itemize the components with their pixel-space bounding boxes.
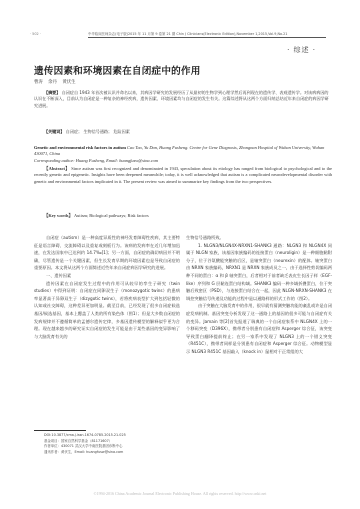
abstract-en-text: Since autism was first recognized and de… [34,166,332,184]
right-column: 生物信号通路所致。 1. NLGN3/NLGN4X-NRXN1-SHANK3 通… [186,234,332,356]
abstract-cn: 【摘要】 自闭症自 1943 年首次被认识并命名以来，其病因学研究的发展经历了从… [34,90,332,109]
section-heading-genetics: 一、遗传因素 [34,272,180,280]
keywords-en: 【Key words】 Autism; Biological pathways;… [34,213,332,219]
authors: 曹涛 余丹 黄伏生 [34,79,76,85]
abstract-cn-text: 自闭症自 1943 年首次被认识并命名以来，其病因学研究的发展经历了从最初的生物… [34,90,329,108]
page-number: · 502 · [30,32,41,36]
keywords-cn-text: 自闭症； 生物信号通路； 危险因素 [66,129,130,134]
keywords-cn-label: 【关键词】 [44,129,64,134]
keywords-en-text: Autism; Biological pathways; Risk factor… [74,213,149,218]
running-head: 中华临床医师杂志(电子版)2015 年 11 月第 9 卷第 21 期 Chin… [88,31,326,38]
english-title: Genetic and environmental risk factors i… [34,145,126,150]
keywords-en-label: 【Key words】 [44,213,73,218]
footnote-corresponding: 通讯作者：黄伏生，Email: huangfusw@sina.com [44,450,126,456]
copyright-watermark: ©1994-2016 China Academic Journal Electr… [0,491,360,496]
abstract-en-label: 【Abstract】 [44,166,70,171]
pathway-paragraph-2: 由于突触在大脑发育中的作用，很早就有猜测突触功能的紊乱或许是自闭症发病机制。基因… [186,302,332,355]
pathway-intro: 生物信号通路所致。 [186,234,332,242]
section-tag: · 综述 · [287,45,316,55]
english-title-block: Genetic and environmental risk factors i… [34,145,332,164]
article-title: 遗传因素和环境因素在自闭症中的作用 [34,63,201,77]
abstract-cn-label: 【摘要】 [44,90,60,95]
genetics-paragraph: 遗传因素在自闭症发生过程中的作用可从较早的孪生子研究（twin studies）… [34,280,180,341]
english-corresponding: Corresponding author: Huang Fusheng, Ema… [34,158,158,163]
pathway-paragraph-1: 1. NLGN3/NLGN4X-NRXN1-SHANK3 通路：NLGN3 和 … [186,242,332,303]
keywords-cn: 【关键词】 自闭症； 生物信号通路； 危险因素 [34,129,332,135]
footnote-doi: DOI:10.3877/cma.j.issn.1674-0785.2015.21… [44,433,126,439]
abstract-en: 【Abstract】 Since autism was first recogn… [34,166,332,185]
footnotes: DOI:10.3877/cma.j.issn.1674-0785.2015.21… [44,433,126,455]
footnote-affiliation: 作者单位：430071 武汉大学中南医院基因诊断中心 [44,444,126,450]
footnote-rule [34,430,86,431]
left-column: 自闭症（autism）是一种高度异质性的神经发育障碍性疾病，其主要特征是语言障碍… [34,234,180,340]
intro-paragraph: 自闭症（autism）是一种高度异质性的神经发育障碍性疾病，其主要特征是语言障碍… [34,234,180,272]
